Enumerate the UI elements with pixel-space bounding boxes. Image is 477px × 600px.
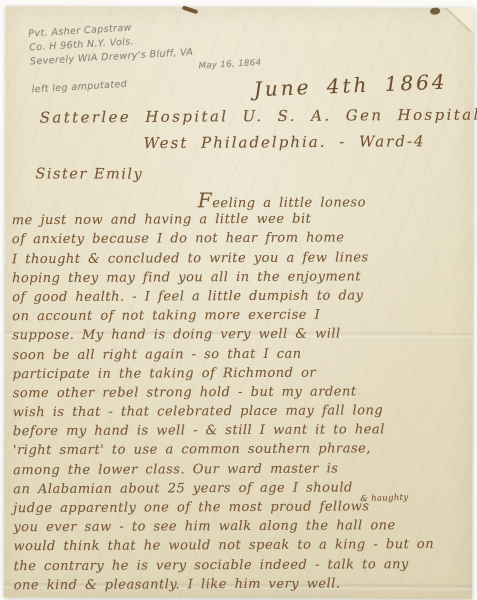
letter-photo: Pvt. Asher Capstraw Co. H 96th N.Y. Vols…: [0, 0, 477, 600]
letter-date: June 4th 1864: [253, 70, 448, 102]
letter-body-line: I thought & concluded to write you a few…: [12, 247, 468, 269]
letter-body-line: before my hand is well - & still I want …: [13, 420, 469, 442]
letter-body-line: one kind & pleasantly. I like him very w…: [14, 574, 470, 596]
letter-body-line: on account of not taking more exercise I: [12, 305, 468, 327]
letter-body-line: me just now and having a little wee bit: [12, 209, 468, 231]
caret-insertion-text: & haughty: [360, 493, 408, 505]
letter-salutation: Sister Emily: [35, 166, 143, 182]
letter-body-line: some other rebel strong hold - but my ar…: [13, 382, 469, 404]
letter-body-line: wish is that - that celebrated place may…: [13, 401, 469, 423]
letter-heading-location: West Philadelphia. - Ward-4: [144, 132, 426, 152]
paper-corner-fold: [444, 8, 474, 32]
letter-body-line: of anxiety because I do not hear from ho…: [12, 228, 468, 250]
letter-body: Feeling a little loneso me just now and …: [12, 190, 470, 595]
letter-body-line: soon be all right again - so that I can: [12, 343, 468, 365]
letter-body-line: participate in the taking of Richmond or: [13, 363, 469, 385]
letter-body-line: among the lower class. Our ward master i…: [13, 458, 469, 480]
letter-body-line: would think that he would not speak to a…: [13, 535, 469, 557]
letter-body-line: of good health. - I feel a little dumpis…: [12, 286, 468, 308]
ink-stain-blob: [430, 8, 440, 15]
letter-heading-hospital: Satterlee Hospital U. S. A. Gen Hospital: [40, 106, 477, 127]
letter-body-line: you ever saw - to see him walk along the…: [13, 516, 469, 538]
letter-body-line: the contrary he is very sociable indeed …: [14, 554, 470, 576]
letter-body-line: 'right smart' to use a common southern p…: [13, 439, 469, 461]
ink-stain-slash: [182, 5, 198, 14]
letter-paper: Pvt. Asher Capstraw Co. H 96th N.Y. Vols…: [4, 6, 474, 599]
pencil-note-amputation: left leg amputated: [31, 70, 262, 98]
letter-body-line: suppose. My hand is doing very well & wi…: [12, 324, 468, 346]
archivist-pencil-note: Pvt. Asher Capstraw Co. H 96th N.Y. Vols…: [28, 14, 263, 98]
letter-body-line: Feeling a little loneso: [198, 190, 468, 211]
letter-body-line: hoping they may find you all in the enjo…: [12, 267, 468, 289]
